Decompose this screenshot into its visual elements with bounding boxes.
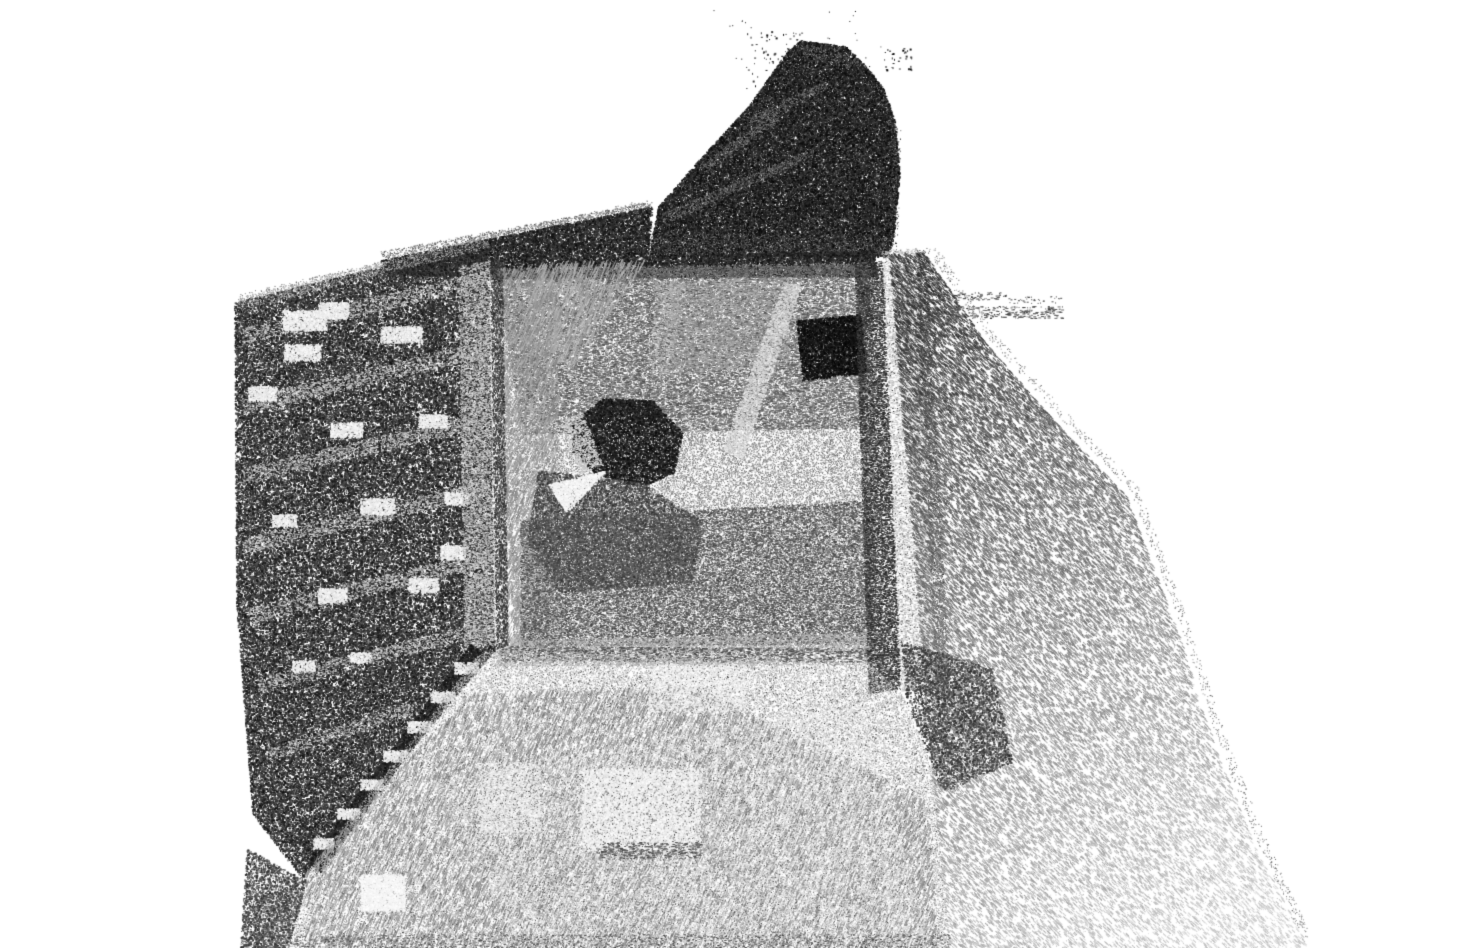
point-cloud-render — [0, 0, 1468, 948]
point-cloud-scene — [0, 0, 1468, 948]
